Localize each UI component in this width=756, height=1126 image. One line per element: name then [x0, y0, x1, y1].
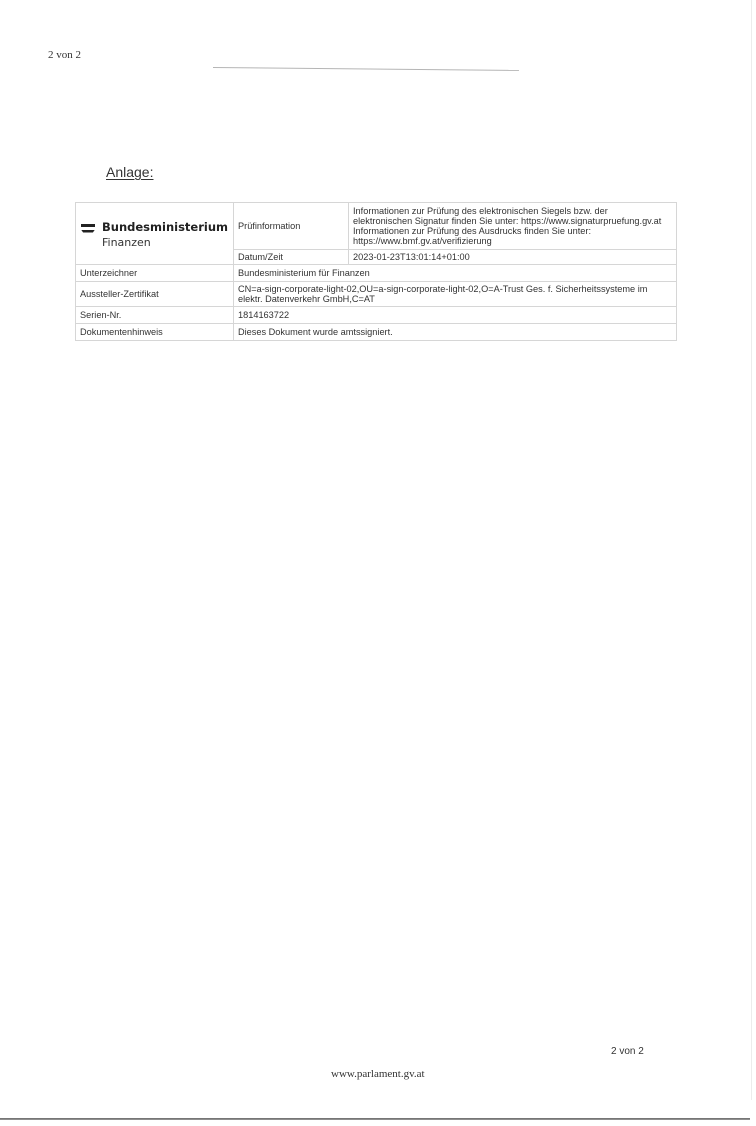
pruefinformation-line: Informationen zur Prüfung des elektronis… [353, 206, 672, 216]
header-page-number: 2 von 2 [48, 49, 81, 61]
logo-line-2: Finanzen [102, 235, 228, 250]
table-row: Serien-Nr. 1814163722 [76, 307, 677, 324]
unterzeichner-label: Unterzeichner [76, 265, 234, 282]
footer-page-number: 2 von 2 [611, 1046, 644, 1057]
pruefinformation-value: Informationen zur Prüfung des elektronis… [349, 203, 677, 250]
austrian-flag-bars-icon [81, 224, 95, 233]
table-row: Unterzeichner Bundesministerium für Fina… [76, 265, 677, 282]
dokumentenhinweis-value: Dieses Dokument wurde amtssigniert. [234, 324, 677, 341]
datum-zeit-label: Datum/Zeit [234, 250, 349, 265]
dokumentenhinweis-label: Dokumentenhinweis [76, 324, 234, 341]
table-row: Bundesministerium Finanzen Prüfinformati… [76, 203, 677, 250]
logo-line-1: Bundesministerium [102, 220, 228, 235]
signature-table: Bundesministerium Finanzen Prüfinformati… [75, 202, 677, 341]
footer-url[interactable]: www.parlament.gv.at [331, 1068, 425, 1080]
page-bottom-edge [0, 1118, 750, 1120]
bmf-logo: Bundesministerium Finanzen [81, 220, 228, 250]
datum-zeit-value: 2023-01-23T13:01:14+01:00 [349, 250, 677, 265]
unterzeichner-value: Bundesministerium für Finanzen [234, 265, 677, 282]
aussteller-zertifikat-value: CN=a-sign-corporate-light-02,OU=a-sign-c… [234, 282, 677, 307]
serien-nr-value: 1814163722 [234, 307, 677, 324]
serien-nr-label: Serien-Nr. [76, 307, 234, 324]
pruefinformation-link[interactable]: https://www.bmf.gv.at/verifizierung [353, 236, 672, 246]
pruefinformation-line: Informationen zur Prüfung des Ausdrucks … [353, 226, 672, 236]
logo-cell: Bundesministerium Finanzen [76, 203, 234, 265]
table-row: Aussteller-Zertifikat CN=a-sign-corporat… [76, 282, 677, 307]
table-row: Dokumentenhinweis Dieses Dokument wurde … [76, 324, 677, 341]
header-divider [213, 67, 519, 71]
pruefinformation-label: Prüfinformation [234, 203, 349, 250]
page-edge [751, 0, 752, 1100]
aussteller-zertifikat-label: Aussteller-Zertifikat [76, 282, 234, 307]
pruefinformation-line[interactable]: elektronischen Signatur finden Sie unter… [353, 216, 672, 226]
section-title: Anlage: [106, 164, 153, 180]
